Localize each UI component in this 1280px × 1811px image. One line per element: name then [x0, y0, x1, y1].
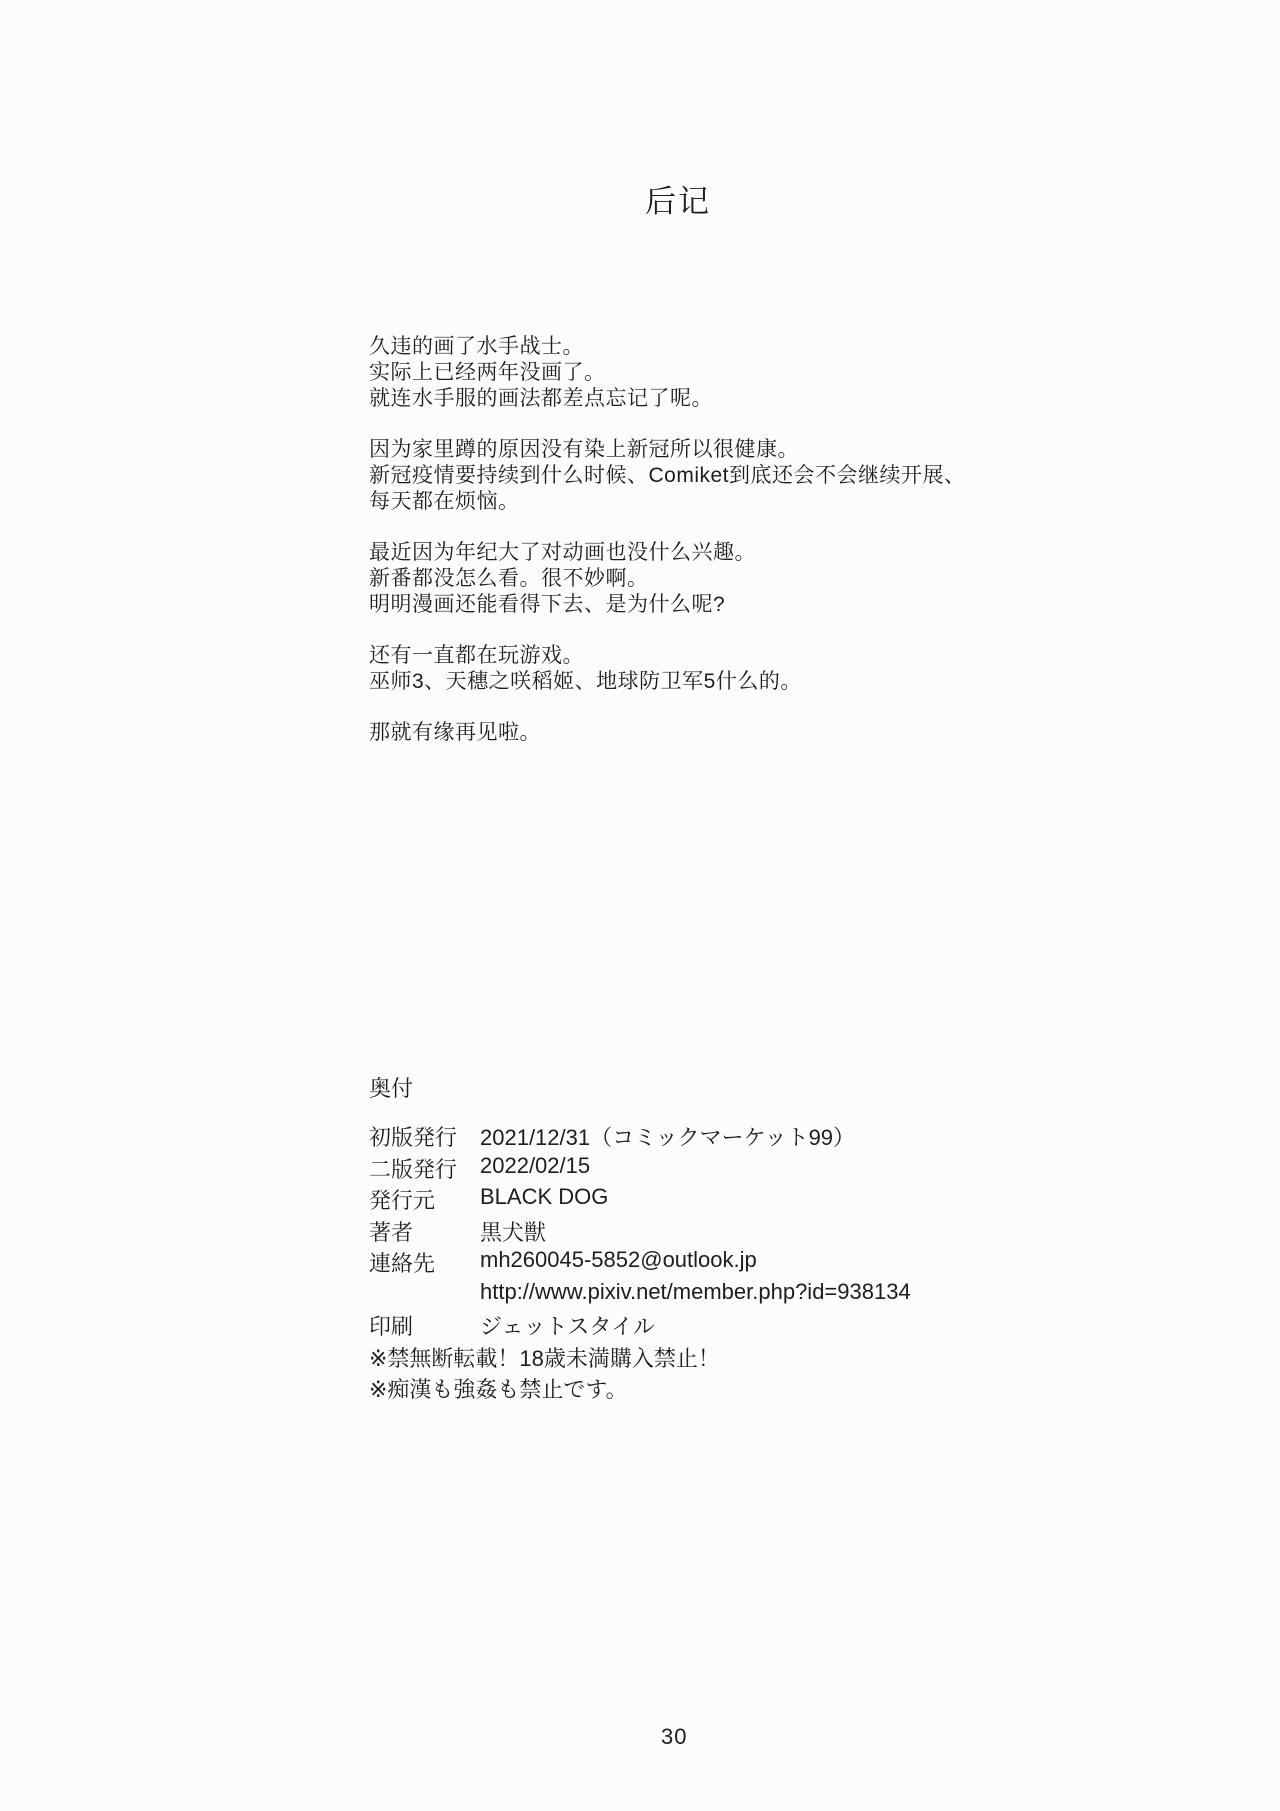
afterword-line: 明明漫画还能看得下去、是为什么呢? — [369, 592, 966, 618]
colophon-label: 連絡先 — [369, 1247, 480, 1278]
afterword-line: 就连水手服的画法都差点忘记了呢。 — [369, 386, 966, 412]
afterword-line: 因为家里蹲的原因没有染上新冠所以很健康。 — [369, 437, 966, 463]
colophon-url: http://www.pixiv.net/member.php?id=93813… — [480, 1279, 911, 1305]
colophon-row: http://www.pixiv.net/member.php?id=93813… — [369, 1279, 911, 1311]
afterword-line: 实际上已经两年没画了。 — [369, 360, 966, 386]
afterword-page: 后记 久违的画了水手战士。 实际上已经两年没画了。 就连水手服的画法都差点忘记了… — [0, 0, 1280, 1811]
colophon-note: ※禁無断転載！18歳未満購入禁止！ — [369, 1342, 911, 1374]
afterword-paragraph: 那就有缘再见啦。 — [369, 720, 966, 746]
colophon-label: 初版発行 — [369, 1121, 480, 1152]
colophon-row: 連絡先 mh260045-5852@outlook.jp — [369, 1247, 911, 1279]
afterword-paragraph: 最近因为年纪大了对动画也没什么兴趣。 新番都没怎么看。很不妙啊。 明明漫画还能看… — [369, 540, 966, 618]
colophon-value: mh260045-5852@outlook.jp — [480, 1247, 757, 1273]
page-number: 30 — [661, 1724, 687, 1750]
page-title: 后记 — [645, 176, 711, 221]
afterword-line: 每天都在烦恼。 — [369, 489, 966, 515]
colophon-value: 2022/02/15 — [480, 1153, 590, 1179]
colophon-label: 著者 — [369, 1216, 480, 1247]
afterword-line: 最近因为年纪大了对动画也没什么兴趣。 — [369, 540, 966, 566]
colophon-value: 黒犬獣 — [480, 1216, 546, 1247]
afterword-text: 久违的画了水手战士。 实际上已经两年没画了。 就连水手服的画法都差点忘记了呢。 … — [369, 334, 966, 771]
afterword-line: 新番都没怎么看。很不妙啊。 — [369, 566, 966, 592]
colophon-value: BLACK DOG — [480, 1184, 608, 1210]
colophon-row: 初版発行 2021/12/31（コミックマーケット99） — [369, 1121, 911, 1153]
colophon-row: 著者 黒犬獣 — [369, 1216, 911, 1248]
colophon-note: ※痴漢も強姦も禁止です。 — [369, 1373, 911, 1405]
colophon-value: ジェットスタイル — [480, 1310, 655, 1341]
afterword-paragraph: 还有一直都在玩游戏。 巫师3、天穗之咲稻姬、地球防卫军5什么的。 — [369, 643, 966, 695]
colophon-row: 二版発行 2022/02/15 — [369, 1153, 911, 1185]
colophon-label: 印刷 — [369, 1310, 480, 1341]
colophon-heading: 奥付 — [369, 1072, 413, 1103]
colophon-label: 発行元 — [369, 1184, 480, 1215]
afterword-line: 巫师3、天穗之咲稻姬、地球防卫军5什么的。 — [369, 669, 966, 695]
afterword-line: 久违的画了水手战士。 — [369, 334, 966, 360]
colophon-value: 2021/12/31（コミックマーケット99） — [480, 1121, 855, 1152]
afterword-line: 那就有缘再见啦。 — [369, 720, 966, 746]
colophon-row: 印刷 ジェットスタイル — [369, 1310, 911, 1342]
afterword-paragraph: 因为家里蹲的原因没有染上新冠所以很健康。 新冠疫情要持续到什么时候、Comike… — [369, 437, 966, 515]
afterword-line: 新冠疫情要持续到什么时候、Comiket到底还会不会继续开展、 — [369, 463, 966, 489]
colophon-label: 二版発行 — [369, 1153, 480, 1184]
afterword-line: 还有一直都在玩游戏。 — [369, 643, 966, 669]
colophon: 初版発行 2021/12/31（コミックマーケット99） 二版発行 2022/0… — [369, 1121, 911, 1405]
afterword-paragraph: 久违的画了水手战士。 实际上已经两年没画了。 就连水手服的画法都差点忘记了呢。 — [369, 334, 966, 412]
colophon-row: 発行元 BLACK DOG — [369, 1184, 911, 1216]
